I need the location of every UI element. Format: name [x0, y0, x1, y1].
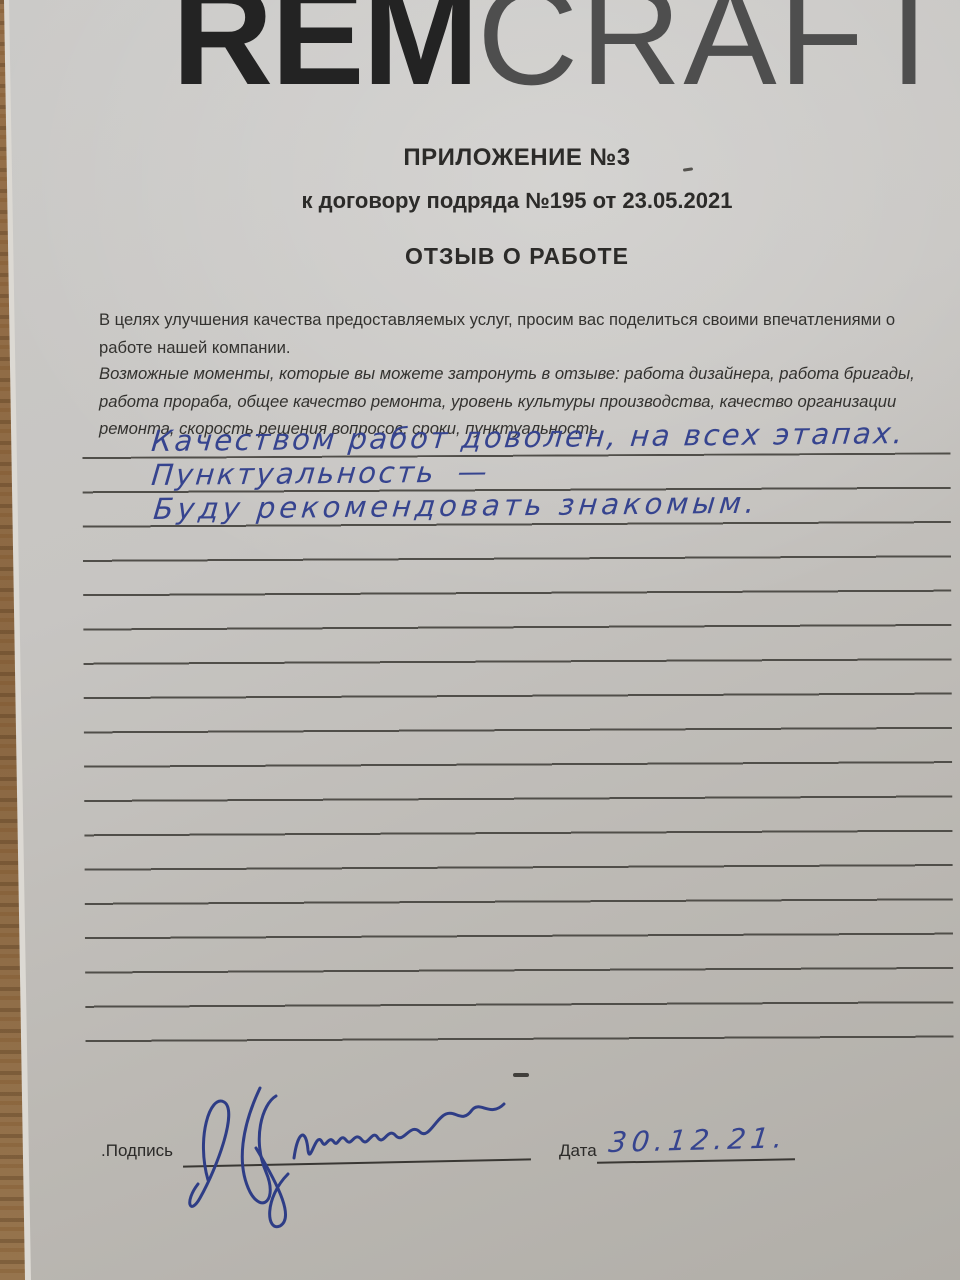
ruled-lines — [82, 452, 953, 1043]
photo-of-document: { "logo": { "part_bold": "REM", "part_li… — [0, 0, 960, 1280]
date-line — [597, 1158, 795, 1163]
signature-stroke-name — [294, 1104, 504, 1158]
logo-rem: REM — [172, 0, 477, 114]
company-logo: REMCRAFT — [172, 0, 872, 106]
date-handwritten: 30.12.21. — [607, 1121, 789, 1159]
appendix-heading: ПРИЛОЖЕНИЕ №3 — [37, 144, 960, 172]
signature-stroke-loop1 — [190, 1101, 229, 1206]
handwritten-line-2: Пунктуальность — — [150, 454, 491, 492]
contract-heading: к договору подряда №195 от 23.05.2021 — [37, 188, 960, 214]
handwritten-line-1: Качеством работ доволен, на всех этапах. — [150, 416, 907, 458]
logo-craft: CRAFT — [477, 0, 954, 114]
date-label: Дата — [559, 1141, 597, 1161]
paper-sheet: REMCRAFT ПРИЛОЖЕНИЕ №3 к договору подряд… — [0, 0, 960, 1280]
signature-scribble — [160, 1078, 560, 1228]
form-title: ОТЗЫВ О РАБОТЕ — [37, 243, 960, 270]
intro-paragraph-1: В целях улучшения качества предоставляем… — [99, 306, 941, 361]
signature-stroke-loop2 — [242, 1088, 276, 1203]
stray-pen-mark-bottom — [513, 1073, 529, 1077]
handwritten-line-3: Буду рекомендовать знакомым. — [152, 486, 760, 526]
